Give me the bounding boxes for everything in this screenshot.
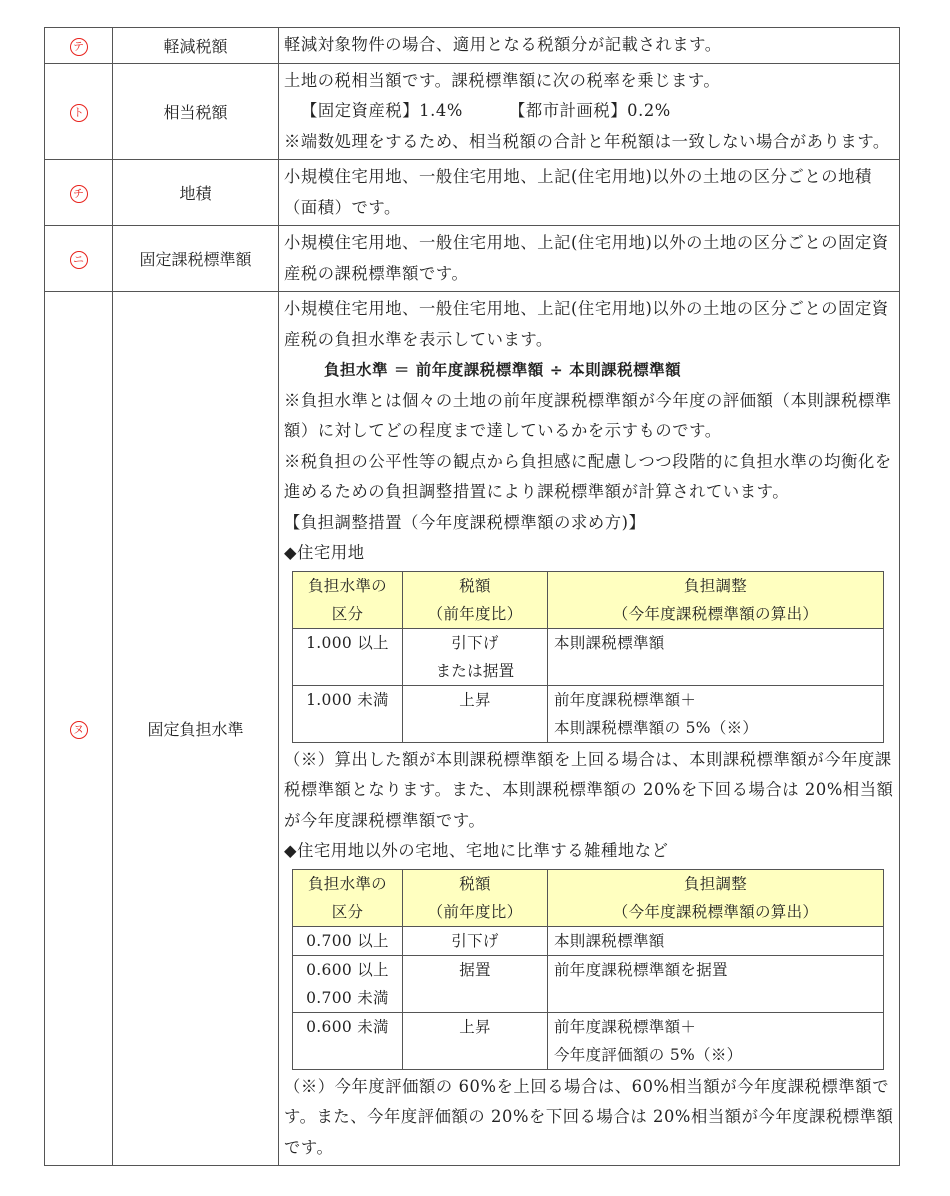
term-reduced-tax: 軽減税額 xyxy=(113,28,279,64)
level-cell: 0.600 未満 xyxy=(293,1012,403,1069)
header-adjustment: 負担調整（今年度課税標準額の算出） xyxy=(548,571,884,628)
non-residential-header-row: 負担水準の区分 税額（前年度比） 負担調整（今年度課税標準額の算出） xyxy=(293,869,884,926)
mark-te-cell: テ xyxy=(45,28,113,64)
header-tax-ratio: 税額（前年度比） xyxy=(403,869,548,926)
row-ni: ニ 固定課税標準額 小規模住宅用地、一般住宅用地、上記(住宅用地)以外の土地の区… xyxy=(45,226,900,292)
residential-header-row: 負担水準の区分 税額（前年度比） 負担調整（今年度課税標準額の算出） xyxy=(293,571,884,628)
desc-fixed-tax-base: 小規模住宅用地、一般住宅用地、上記(住宅用地)以外の土地の区分ごとの固定資産税の… xyxy=(279,226,900,292)
non-residential-footnote: （※）今年度評価額の 60%を上回る場合は、60%相当額が今年度課税標準額です。… xyxy=(284,1072,895,1164)
adjust-cell: 本則課税標準額 xyxy=(548,628,884,685)
level-cell: 1.000 未満 xyxy=(293,685,403,742)
residential-adjustment-table: 負担水準の区分 税額（前年度比） 負担調整（今年度課税標準額の算出） 1.000… xyxy=(292,571,884,743)
term-equivalent-tax: 相当税額 xyxy=(113,63,279,160)
rounding-note: ※端数処理をするため、相当税額の合計と年税額は一致しない場合があります。 xyxy=(284,127,895,158)
table-row: 0.700 以上 引下げ 本則課税標準額 xyxy=(293,926,884,955)
circled-ni-icon: ニ xyxy=(70,251,88,269)
term-fixed-tax-base: 固定課税標準額 xyxy=(113,226,279,292)
tax-rates-line: 【固定資産税】1.4%【都市計画税】0.2% xyxy=(284,96,895,127)
table-row: 0.600 以上0.700 未満 据置 前年度課税標準額を据置 xyxy=(293,955,884,1012)
tax-cell: 据置 xyxy=(403,955,548,1012)
term-land-area: 地積 xyxy=(113,160,279,226)
header-burden-level: 負担水準の区分 xyxy=(293,869,403,926)
mark-ni-cell: ニ xyxy=(45,226,113,292)
desc-land-area: 小規模住宅用地、一般住宅用地、上記(住宅用地)以外の土地の区分ごとの地積（面積）… xyxy=(279,160,900,226)
circled-nu-icon: ヌ xyxy=(70,721,88,739)
table-row: 0.600 未満 上昇 前年度課税標準額＋今年度評価額の 5%（※） xyxy=(293,1012,884,1069)
level-cell: 0.600 以上0.700 未満 xyxy=(293,955,403,1012)
tax-notice-explanation-page: テ 軽減税額 軽減対象物件の場合、適用となる税額分が記載されます。 ト 相当税額… xyxy=(44,27,900,1166)
circled-te-icon: テ xyxy=(70,38,88,56)
mark-chi-cell: チ xyxy=(45,160,113,226)
equivalent-tax-intro: 土地の税相当額です。課税標準額に次の税率を乗じます。 xyxy=(284,66,895,97)
desc-equivalent-tax: 土地の税相当額です。課税標準額に次の税率を乗じます。 【固定資産税】1.4%【都… xyxy=(279,63,900,160)
explanation-table: テ 軽減税額 軽減対象物件の場合、適用となる税額分が記載されます。 ト 相当税額… xyxy=(44,27,900,1166)
tax-cell: 上昇 xyxy=(403,685,548,742)
desc-reduced-tax: 軽減対象物件の場合、適用となる税額分が記載されます。 xyxy=(279,28,900,64)
desc-fixed-burden-level: 小規模住宅用地、一般住宅用地、上記(住宅用地)以外の土地の区分ごとの固定資産税の… xyxy=(279,292,900,1166)
tax-cell: 引下げまたは据置 xyxy=(403,628,548,685)
fixed-asset-tax-rate: 【固定資産税】1.4% xyxy=(301,101,463,120)
circled-to-icon: ト xyxy=(70,104,88,122)
row-to: ト 相当税額 土地の税相当額です。課税標準額に次の税率を乗じます。 【固定資産税… xyxy=(45,63,900,160)
row-chi: チ 地積 小規模住宅用地、一般住宅用地、上記(住宅用地)以外の土地の区分ごとの地… xyxy=(45,160,900,226)
burden-level-formula: 負担水準 ＝ 前年度課税標準額 ÷ 本則課税標準額 xyxy=(284,355,895,386)
table-row: 1.000 未満 上昇 前年度課税標準額＋本則課税標準額の 5%（※） xyxy=(293,685,884,742)
burden-level-note-2: ※税負担の公平性等の観点から負担感に配慮しつつ段階的に負担水準の均衡化を進めるた… xyxy=(284,447,895,508)
adjust-cell: 本則課税標準額 xyxy=(548,926,884,955)
level-cell: 0.700 以上 xyxy=(293,926,403,955)
level-cell: 1.000 以上 xyxy=(293,628,403,685)
circled-chi-icon: チ xyxy=(70,185,88,203)
burden-level-note-1: ※負担水準とは個々の土地の前年度課税標準額が今年度の評価額（本則課税標準額）に対… xyxy=(284,386,895,447)
row-nu: ヌ 固定負担水準 小規模住宅用地、一般住宅用地、上記(住宅用地)以外の土地の区分… xyxy=(45,292,900,1166)
table-row: 1.000 以上 引下げまたは据置 本則課税標準額 xyxy=(293,628,884,685)
burden-level-intro: 小規模住宅用地、一般住宅用地、上記(住宅用地)以外の土地の区分ごとの固定資産税の… xyxy=(284,294,895,355)
adjustment-section-title: 【負担調整措置（今年度課税標準額の求め方)】 xyxy=(284,508,895,539)
adjust-cell: 前年度課税標準額＋本則課税標準額の 5%（※） xyxy=(548,685,884,742)
header-burden-level: 負担水準の区分 xyxy=(293,571,403,628)
adjust-cell: 前年度課税標準額＋今年度評価額の 5%（※） xyxy=(548,1012,884,1069)
non-residential-adjustment-table: 負担水準の区分 税額（前年度比） 負担調整（今年度課税標準額の算出） 0.700… xyxy=(292,869,884,1070)
residential-heading: ◆住宅用地 xyxy=(284,538,895,569)
city-planning-tax-rate: 【都市計画税】0.2% xyxy=(509,101,671,120)
mark-nu-cell: ヌ xyxy=(45,292,113,1166)
header-adjustment: 負担調整（今年度課税標準額の算出） xyxy=(548,869,884,926)
residential-footnote: （※）算出した額が本則課税標準額を上回る場合は、本則課税標準額が今年度課税標準額… xyxy=(284,745,895,837)
row-te: テ 軽減税額 軽減対象物件の場合、適用となる税額分が記載されます。 xyxy=(45,28,900,64)
tax-cell: 引下げ xyxy=(403,926,548,955)
adjust-cell: 前年度課税標準額を据置 xyxy=(548,955,884,1012)
non-residential-heading: ◆住宅用地以外の宅地、宅地に比準する雑種地など xyxy=(284,836,895,867)
term-fixed-burden-level: 固定負担水準 xyxy=(113,292,279,1166)
header-tax-ratio: 税額（前年度比） xyxy=(403,571,548,628)
tax-cell: 上昇 xyxy=(403,1012,548,1069)
mark-to-cell: ト xyxy=(45,63,113,160)
